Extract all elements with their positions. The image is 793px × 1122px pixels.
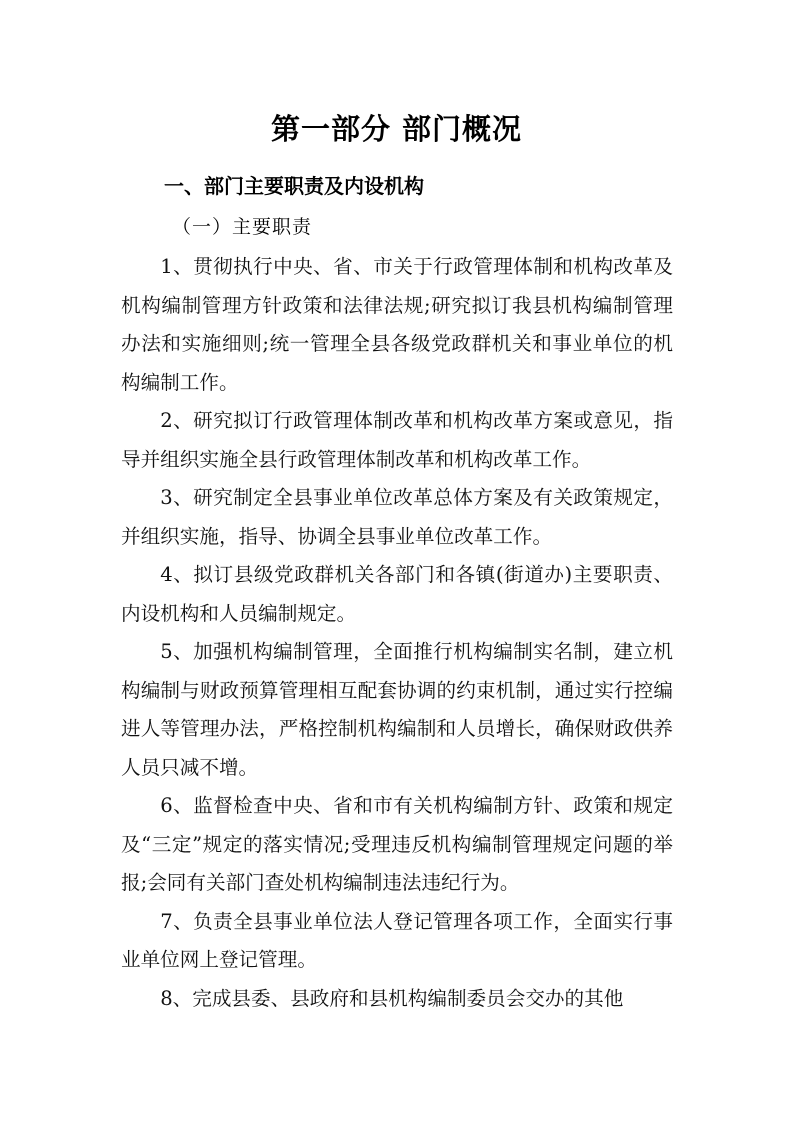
duty-paragraph-1: 1、贯彻执行中央、省、市关于行政管理体制和机构改革及机构编制管理方针政策和法律法… bbox=[121, 248, 673, 402]
duties-list: 1、贯彻执行中央、省、市关于行政管理体制和机构改革及机构编制管理方针政策和法律法… bbox=[121, 248, 673, 1018]
duty-paragraph-2: 2、研究拟订行政管理体制改革和机构改革方案或意见，指导并组织实施全县行政管理体制… bbox=[121, 402, 673, 479]
page-title: 第一部分 部门概况 bbox=[0, 107, 793, 148]
duty-paragraph-4: 4、拟订县级党政群机关各部门和各镇(街道办)主要职责、内设机构和人员编制规定。 bbox=[121, 556, 673, 633]
duty-paragraph-5: 5、加强机构编制管理，全面推行机构编制实名制，建立机构编制与财政预算管理相互配套… bbox=[121, 633, 673, 787]
section-heading: 一、部门主要职责及内设机构 bbox=[164, 170, 424, 199]
duty-paragraph-8: 8、完成县委、县政府和县机构编制委员会交办的其他 bbox=[121, 980, 673, 1019]
document-page: 第一部分 部门概况 一、部门主要职责及内设机构 （一）主要职责 1、贯彻执行中央… bbox=[0, 0, 793, 1122]
subsection-heading: （一）主要职责 bbox=[172, 212, 312, 239]
duty-paragraph-3: 3、研究制定全县事业单位改革总体方案及有关政策规定，并组织实施，指导、协调全县事… bbox=[121, 479, 673, 556]
duty-paragraph-7: 7、负责全县事业单位法人登记管理各项工作，全面实行事业单位网上登记管理。 bbox=[121, 903, 673, 980]
duty-paragraph-6: 6、监督检查中央、省和市有关机构编制方针、政策和规定及“三定”规定的落实情况;受… bbox=[121, 787, 673, 903]
